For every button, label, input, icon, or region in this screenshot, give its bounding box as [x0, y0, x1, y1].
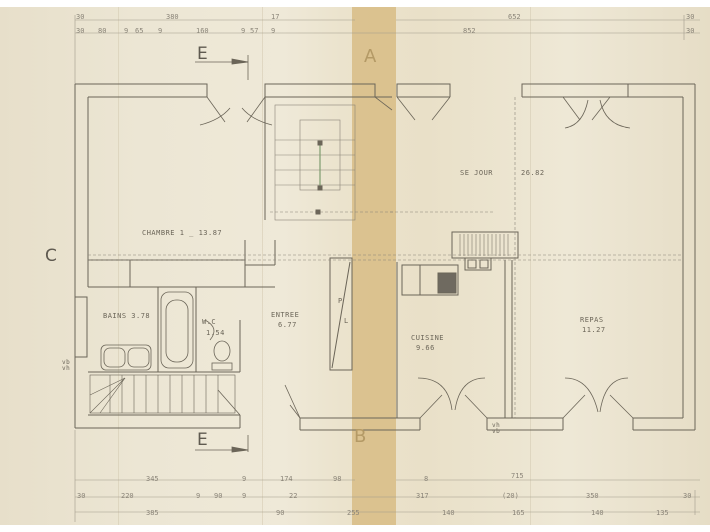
dim-top: 652	[508, 14, 521, 21]
room-label-repas: REPAS	[580, 317, 604, 324]
room-area-sejour: 26.82	[521, 170, 545, 177]
room-label-cuisine: CUISINE	[411, 335, 444, 342]
dim-top: 9	[124, 28, 128, 35]
staircase-lower	[90, 375, 235, 413]
room-area-cuisine: 9.66	[416, 345, 435, 352]
dim-bottom: 9	[242, 493, 246, 500]
exterior-walls	[75, 84, 695, 430]
dim-bottom: 135	[656, 510, 669, 517]
dim-bottom: 220	[121, 493, 134, 500]
dim-bottom: (20)	[502, 493, 519, 500]
dim-top: 30	[76, 28, 84, 35]
dim-top: 852	[463, 28, 476, 35]
placard-l-label: L	[344, 318, 349, 325]
placard-p-label: P	[338, 298, 343, 305]
dim-bottom: 22	[289, 493, 297, 500]
section-marker-c: C	[45, 248, 57, 265]
room-label-bains: BAINS 3.78	[103, 313, 150, 320]
dim-top: 65	[135, 28, 143, 35]
fireplace-hatch	[460, 234, 508, 256]
dim-bottom: 8	[424, 476, 428, 483]
room-label-sejour: SE JOUR	[460, 170, 493, 177]
dim-bottom: 317	[416, 493, 429, 500]
dim-bottom: 385	[146, 510, 159, 517]
section-marker-a: A	[364, 48, 376, 66]
interior-walls	[88, 97, 518, 418]
dim-top: 9	[241, 28, 245, 35]
dim-top: 57	[250, 28, 258, 35]
dim-top: 30	[76, 14, 84, 21]
dim-top: 380	[166, 14, 179, 21]
section-marker-e-top: E	[197, 46, 208, 63]
dim-top: 9	[158, 28, 162, 35]
dim-bottom: 90	[276, 510, 284, 517]
dim-bottom: 9	[196, 493, 200, 500]
section-marker-b: B	[354, 428, 366, 446]
dim-bottom: 350	[586, 493, 599, 500]
dim-bottom: 255	[347, 510, 360, 517]
dim-bottom: 174	[280, 476, 293, 483]
room-area-entree: 6.77	[278, 322, 297, 329]
vh-vb-note-bottom: vh vb	[492, 423, 500, 435]
dim-bottom: 30	[683, 493, 691, 500]
dim-bottom: 90	[214, 493, 222, 500]
vb-vh-note-left: vb vh	[62, 360, 70, 372]
dim-bottom: 9	[242, 476, 246, 483]
dim-bottom: 98	[333, 476, 341, 483]
room-area-wc: 1.54	[206, 330, 225, 337]
room-label-entree: ENTREE	[271, 312, 299, 319]
dim-top: 17	[271, 14, 279, 21]
dim-bottom: 715	[511, 473, 524, 480]
dim-top: 80	[98, 28, 106, 35]
room-label-wc: W.C	[202, 319, 216, 326]
floor-plan-drawing	[0, 0, 710, 532]
dim-top: 9	[271, 28, 275, 35]
dim-bottom: 165	[512, 510, 525, 517]
dim-top: 30	[686, 14, 694, 21]
room-area-repas: 11.27	[582, 327, 606, 334]
dim-bottom: 30	[77, 493, 85, 500]
dim-top: 160	[196, 28, 209, 35]
dim-top: 30	[686, 28, 694, 35]
room-label-chambre-1: CHAMBRE 1 _ 13.87	[142, 230, 222, 237]
dim-bottom: 140	[442, 510, 455, 517]
section-marker-e-bottom: E	[197, 432, 208, 449]
dim-bottom: 140	[591, 510, 604, 517]
dim-bottom: 345	[146, 476, 159, 483]
staircase-upper	[275, 105, 355, 220]
